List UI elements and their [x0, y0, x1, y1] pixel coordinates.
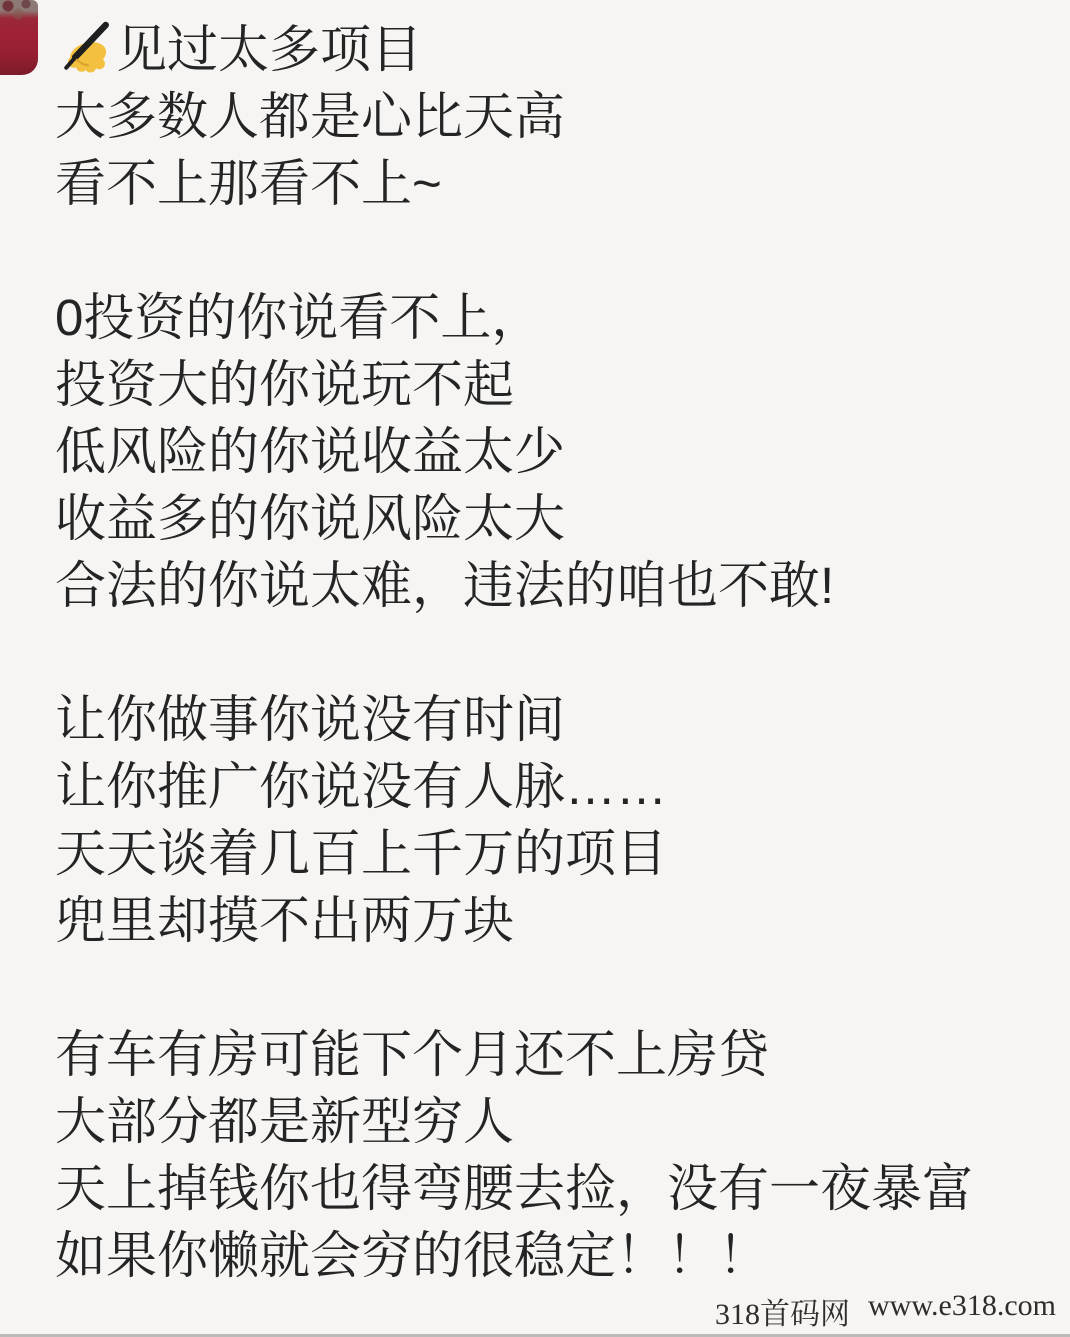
message-line: 天天谈着几百上千万的项目 — [55, 820, 1045, 887]
message-line: 0投资的你说看不上， — [55, 284, 1045, 351]
message-line: 让你做事你说没有时间 — [55, 686, 1045, 753]
message-paragraph: 有车有房可能下个月还不上房贷 大部分都是新型穷人 天上掉钱你也得弯腰去捡，没有一… — [55, 1021, 1045, 1289]
message-line: 如果你懒就会穷的很稳定！！！ — [55, 1222, 1045, 1289]
message-line: 投资大的你说玩不起 — [55, 351, 1045, 418]
message-line: 让你推广你说没有人脉…… — [55, 753, 1045, 820]
message-line: 大部分都是新型穷人 — [55, 1088, 1045, 1155]
message-line: 兜里却摸不出两万块 — [55, 887, 1045, 954]
message-line: 天上掉钱你也得弯腰去捡，没有一夜暴富 — [55, 1155, 1045, 1222]
chat-message: 见过太多项目 大多数人都是心比天高 看不上那看不上~ 0投资的你说看不上， 投资… — [55, 16, 1045, 1289]
message-line: 大多数人都是心比天高 — [55, 83, 1045, 150]
message-paragraph: 让你做事你说没有时间 让你推广你说没有人脉…… 天天谈着几百上千万的项目 兜里却… — [55, 686, 1045, 954]
message-line: 收益多的你说风险太大 — [55, 485, 1045, 552]
message-paragraph: 0投资的你说看不上， 投资大的你说玩不起 低风险的你说收益太少 收益多的你说风险… — [55, 284, 1045, 619]
message-line: 看不上那看不上~ — [55, 150, 1045, 217]
writing-hand-emoji — [55, 21, 113, 79]
message-line: 合法的你说太难，违法的咱也不敢! — [55, 552, 1045, 619]
watermark: 318首码网 www.e318.com — [715, 1289, 1056, 1333]
avatar[interactable] — [0, 0, 38, 75]
message-line: 有车有房可能下个月还不上房贷 — [55, 1021, 1045, 1088]
message-line: 低风险的你说收益太少 — [55, 418, 1045, 485]
message-line: 见过太多项目 — [55, 16, 1045, 83]
watermark-site-name: 318首码网 — [715, 1289, 850, 1333]
message-line-text: 见过太多项目 — [116, 16, 422, 83]
watermark-url: www.e318.com — [868, 1289, 1056, 1333]
message-paragraph: 见过太多项目 大多数人都是心比天高 看不上那看不上~ — [55, 16, 1045, 217]
